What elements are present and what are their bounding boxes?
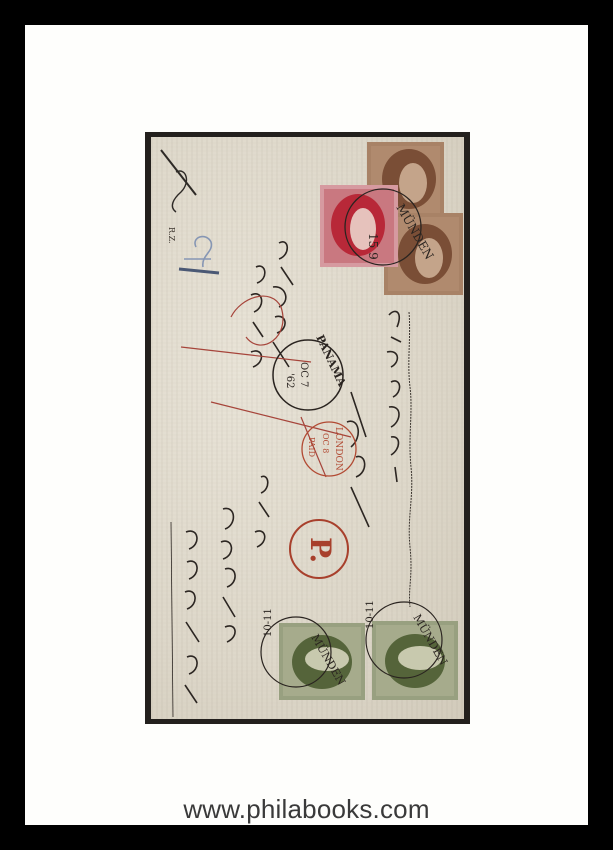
website-url-caption: www.philabooks.com [0, 794, 613, 824]
svg-text:OC 8: OC 8 [321, 433, 330, 453]
postal-cover-envelope: MÜNDEN 15 9 R.Z. [151, 137, 464, 719]
svg-text:PAID: PAID [307, 437, 316, 457]
svg-text:10-11: 10-11 [365, 600, 376, 629]
svg-text:P.: P. [304, 537, 337, 563]
svg-text:R.Z.: R.Z. [167, 227, 176, 244]
svg-text:OC 7: OC 7 [298, 362, 309, 387]
svg-text:'62: '62 [284, 373, 295, 388]
svg-text:15 9: 15 9 [366, 233, 380, 260]
svg-text:LONDON: LONDON [333, 427, 343, 471]
svg-text:10-11: 10-11 [263, 608, 274, 637]
